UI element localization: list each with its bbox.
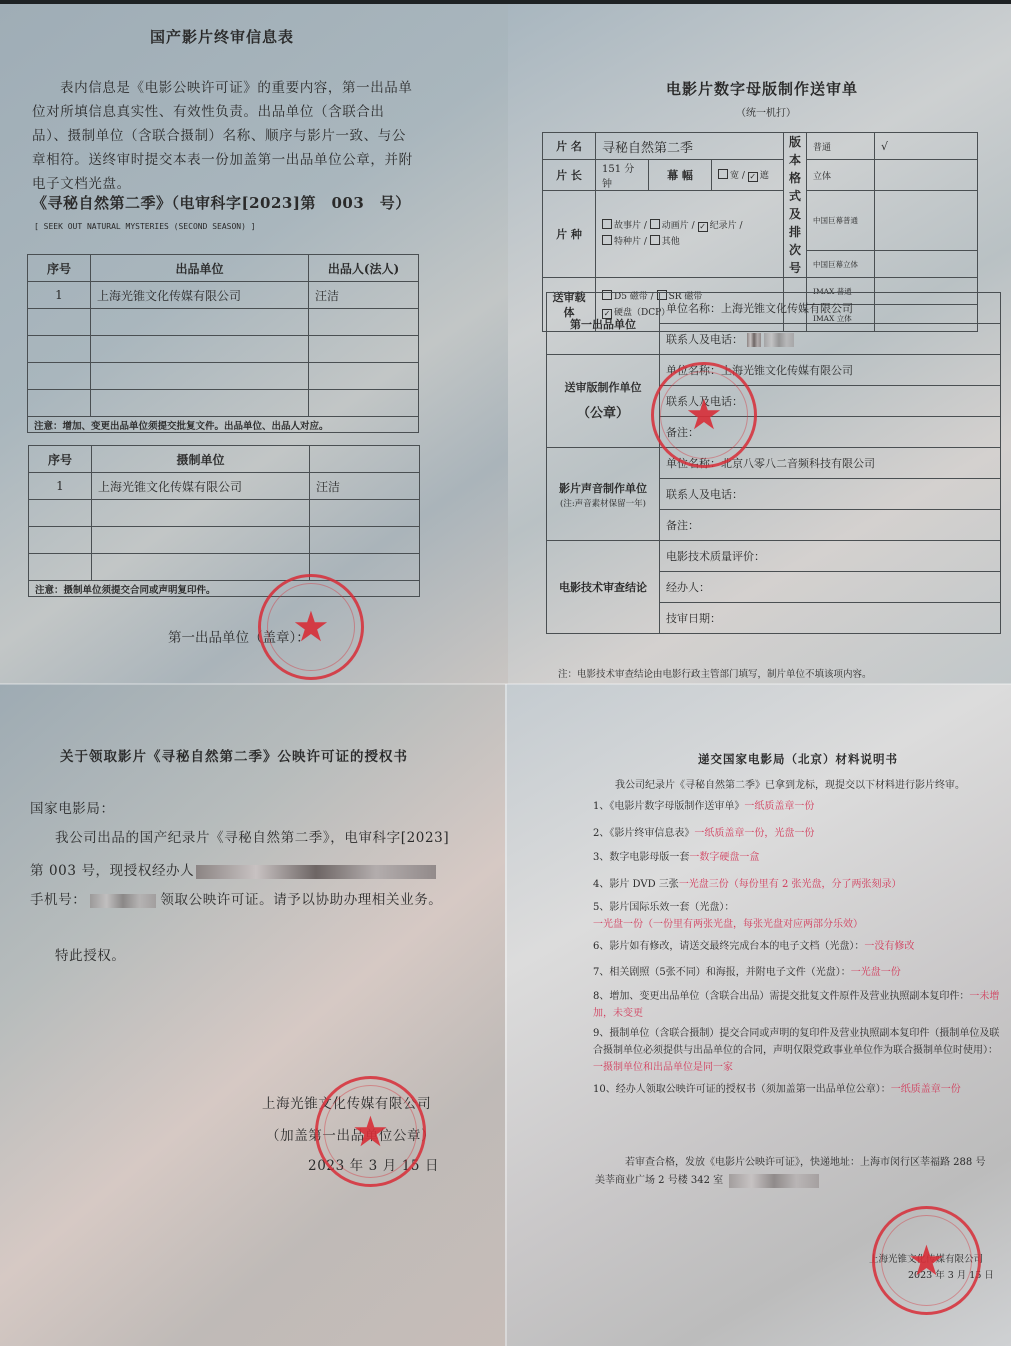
field: 联系人及电话： xyxy=(660,479,1001,510)
doc3-title: 关于领取影片《寻秘自然第二季》公映许可证的授权书 xyxy=(60,745,408,765)
col-header: 序号 xyxy=(28,255,91,282)
item-answer: 一光盘三份（每份里有 2 张光盘，分了两张刻录） xyxy=(679,879,902,890)
item-answer: 一摄制单位和出品单位是同一家 xyxy=(593,1062,733,1073)
license-authorization-letter: 关于领取影片《寻秘自然第二季》公映许可证的授权书 国家电影局： 我公司出品的国产… xyxy=(0,684,505,1346)
doc4-intro: 我公司纪录片《寻秘自然第二季》已拿到龙标，现提交以下材料进行影片终审。 xyxy=(615,776,965,791)
label: 片 长 xyxy=(543,160,596,191)
producers-table: 序号 出品单位 出品人(法人) 1上海光锥文化传媒有限公司汪洁 注意：增加、变更… xyxy=(27,254,419,433)
col-header xyxy=(310,446,420,473)
item-text: 1、《电影片数字母版制作送审单》 xyxy=(593,801,744,812)
list-item: 9、摄制单位（含联合摄制）提交合同或声明的复印件及营业执照副本复印件（摄制单位及… xyxy=(593,1025,1003,1076)
company-seal-stamp: ★ xyxy=(315,1076,426,1187)
format-option: 立体 xyxy=(807,160,875,191)
field: 电影技术质量评价： xyxy=(660,541,1001,572)
label: 幕 幅 xyxy=(649,160,712,191)
field: 经办人： xyxy=(660,572,1001,603)
label: 影片声音制作单位(注:声音素材保留一年) xyxy=(547,448,660,541)
list-item: 8、增加、变更出品单位（含联合出品）需提交批复文件原件及营业执照副本复印件：一未… xyxy=(593,988,1003,1022)
item-answer: 一光盘一份 xyxy=(851,967,901,978)
doc4-title: 递交国家电影局（北京）材料说明书 xyxy=(698,751,898,767)
doc3-addressee: 国家电影局： xyxy=(30,797,115,821)
digital-master-submission-form: 电影片数字母版制作送审单 （统一机打） 片 名 寻秘自然第二季 版本格式及排次号… xyxy=(508,4,1011,684)
col-header: 摄制单位 xyxy=(92,446,310,473)
table-row xyxy=(29,527,420,554)
field: 技审日期： xyxy=(660,603,1001,634)
doc3-body-line1: 我公司出品的国产纪录片《寻秘自然第二季》，电审科字[2023] xyxy=(55,826,449,850)
label: 片 名 xyxy=(543,133,596,160)
table-row xyxy=(28,363,419,390)
checkbox-checked: ✓ xyxy=(748,172,758,182)
format-option: 中国巨幕普通 xyxy=(807,191,875,251)
item-text: 8、增加、变更出品单位（含联合出品）需提交批复文件原件及营业执照副本复印件： xyxy=(593,991,969,1002)
list-item: 6、影片如有修改，请送交最终完成台本的电子文档（光盘）：一没有修改 xyxy=(593,938,1003,955)
makers-table: 序号 摄制单位 1上海光锥文化传媒有限公司汪洁 注意：摄制单位须提交合同或声明复… xyxy=(28,445,420,597)
format-mark: √ xyxy=(875,133,978,160)
list-item: 10、经办人领取公映许可证的授权书（须加盖第一出品单位公章）：一纸质盖章一份 xyxy=(593,1081,1003,1098)
cell: 上海光锥文化传媒有限公司 xyxy=(92,473,310,500)
doc3-body-line3: 手机号：领取公映许可证。请予以协助办理相关业务。 xyxy=(30,888,442,912)
table-row xyxy=(29,500,420,527)
doc1-intro: 表内信息是《电影公映许可证》的重要内容，第一出品单位对所填信息真实性、有效性负责… xyxy=(32,76,417,196)
label: 片 种 xyxy=(543,191,596,278)
company-seal-stamp: ★ xyxy=(872,1206,981,1315)
final-review-info-sheet: 国产影片终审信息表 表内信息是《电影公映许可证》的重要内容，第一出品单位对所填信… xyxy=(0,4,508,684)
item-answer: 一光盘一份（一份里有两张光盘，每张光盘对应两部分乐效） xyxy=(593,919,863,930)
doc4-footer: 若审查合格，发放《电影片公映许可证》，快递地址：上海市闵行区莘福路 288 号美… xyxy=(595,1154,995,1190)
item-answer: 一纸质盖章一份 xyxy=(891,1084,961,1095)
doc2-footnote: 注：电影技术审查结论由电影行政主管部门填写，制片单位不填该项内容。 xyxy=(558,666,872,680)
col-header: 出品单位 xyxy=(91,255,309,282)
paper-fold-vertical xyxy=(505,684,507,1346)
item-answer: 一纸质盖章一份，光盘一份 xyxy=(694,828,814,839)
table-row: 1上海光锥文化传媒有限公司汪洁 xyxy=(28,282,419,309)
doc1-film-line: 《寻秘自然第二季》（电审科字[2023]第 003 号） xyxy=(32,192,411,213)
units-table: 第一出品单位 单位名称：上海光锥文化传媒有限公司 联系人及电话： 送审版制作单位… xyxy=(546,292,1001,634)
doc3-closing: 特此授权。 xyxy=(55,944,126,968)
item-text: 5、影片国际乐效一套（光盘）： xyxy=(593,902,734,913)
label: 电影技术审查结论 xyxy=(547,541,660,634)
company-seal-stamp: ★ xyxy=(258,574,364,680)
list-item: 7、相关剧照（5张不同）和海报，并附电子文件（光盘）：一光盘一份 xyxy=(593,964,1003,981)
makers-note: 注意：摄制单位须提交合同或声明复印件。 xyxy=(29,581,420,597)
field: 备注： xyxy=(660,510,1001,541)
table-row xyxy=(28,336,419,363)
format-label: 版本格式及排次号 xyxy=(784,133,807,278)
item-text: 9、摄制单位（含联合摄制）提交合同或声明的复印件及营业执照副本复印件（摄制单位及… xyxy=(593,1028,999,1056)
item-text: 4、影片 DVD 三张 xyxy=(593,879,679,890)
film-name: 寻秘自然第二季 xyxy=(596,133,784,160)
label: 送审版制作单位（公章） xyxy=(547,355,660,448)
table-row xyxy=(28,309,419,336)
list-item: 1、《电影片数字母版制作送审单》一纸质盖章一份 xyxy=(593,798,1003,815)
cell: 1 xyxy=(29,473,92,500)
item-answer: 一数字硬盘一盒 xyxy=(689,852,759,863)
label: 第一出品单位 xyxy=(547,293,660,355)
doc3-body-line2: 第 003 号，现授权经办人 xyxy=(30,859,436,883)
format-option: 中国巨幕立体 xyxy=(807,251,875,278)
format-option: 普通 xyxy=(807,133,875,160)
checkbox xyxy=(718,169,728,179)
list-item: 4、影片 DVD 三张一光盘三份（每份里有 2 张光盘，分了两张刻录） xyxy=(593,876,1003,893)
aspect-options: 宽 / ✓遮 xyxy=(712,160,784,191)
item-text: 2、《影片终审信息表》 xyxy=(593,828,694,839)
col-header: 序号 xyxy=(29,446,92,473)
company-seal-stamp: ★ xyxy=(651,362,757,468)
item-text: 6、影片如有修改，请送交最终完成台本的电子文档（光盘）： xyxy=(593,941,864,952)
cell: 上海光锥文化传媒有限公司 xyxy=(91,282,309,309)
list-item: 2、《影片终审信息表》一纸质盖章一份，光盘一份 xyxy=(593,825,1003,842)
doc1-title: 国产影片终审信息表 xyxy=(150,26,294,47)
length-value: 151 分钟 xyxy=(596,160,649,191)
col-header: 出品人(法人) xyxy=(309,255,419,282)
materials-description-sheet: 递交国家电影局（北京）材料说明书 我公司纪录片《寻秘自然第二季》已拿到龙标，现提… xyxy=(505,684,1011,1346)
table-row xyxy=(29,554,420,581)
item-answer: 一纸质盖章一份 xyxy=(744,801,814,812)
list-item: 3、数字电影母版一套一数字硬盘一盒 xyxy=(593,849,1003,866)
item-text: 7、相关剧照（5张不同）和海报，并附电子文件（光盘）： xyxy=(593,967,851,978)
item-answer: 一没有修改 xyxy=(864,941,914,952)
doc2-title: 电影片数字母版制作送审单 xyxy=(666,78,858,99)
cell: 汪洁 xyxy=(310,473,420,500)
genre-options: 故事片 / 动画片 / ✓纪录片 / 特种片 / 其他 xyxy=(596,191,784,278)
table-row xyxy=(28,390,419,417)
cell: 汪洁 xyxy=(309,282,419,309)
table-row: 1上海光锥文化传媒有限公司汪洁 xyxy=(29,473,420,500)
cell: 1 xyxy=(28,282,91,309)
field: 单位名称：上海光锥文化传媒有限公司 xyxy=(660,293,1001,324)
item-text: 10、经办人领取公映许可证的授权书（须加盖第一出品单位公章）： xyxy=(593,1084,891,1095)
doc1-english-title: [ SEEK OUT NATURAL MYSTERIES (SECOND SEA… xyxy=(34,222,256,231)
doc2-subtitle: （统一机打） xyxy=(736,104,796,119)
item-text: 3、数字电影母版一套 xyxy=(593,852,689,863)
producers-note: 注意：增加、变更出品单位须提交批复文件。出品单位、出品人对应。 xyxy=(28,417,419,433)
list-item: 5、影片国际乐效一套（光盘）：一光盘一份（一份里有两张光盘，每张光盘对应两部分乐… xyxy=(593,899,1003,933)
field: 联系人及电话： xyxy=(660,324,1001,355)
